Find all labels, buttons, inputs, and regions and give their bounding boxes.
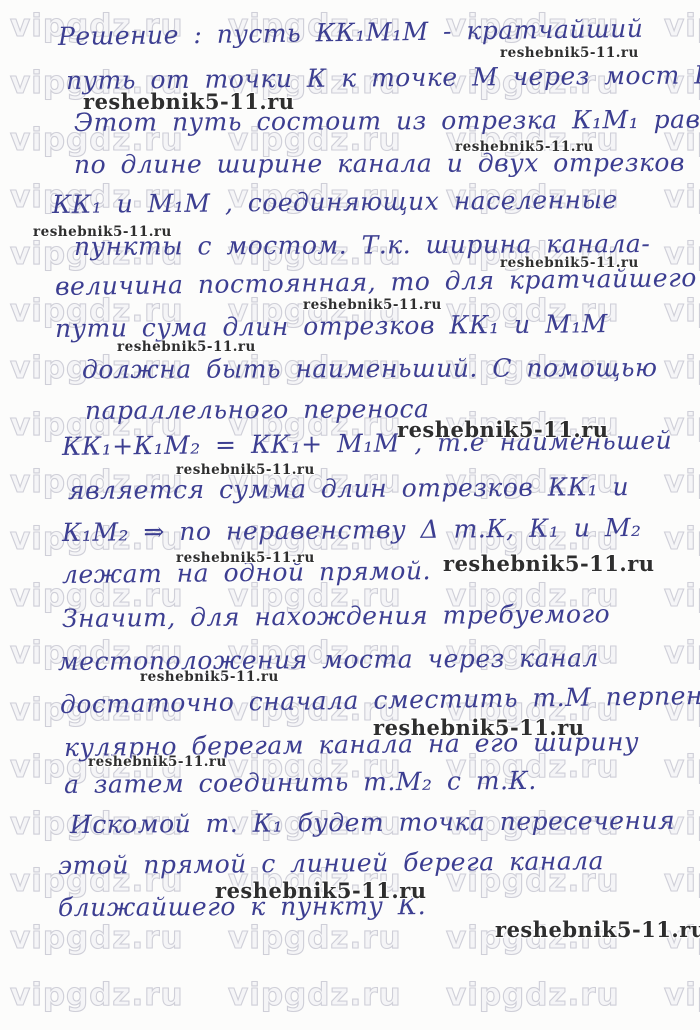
handwritten-line: Значит, для нахождения требуемого (62, 599, 610, 633)
handwritten-line: является сумма длин отрезков КК₁ и (68, 472, 629, 505)
handwritten-line: параллельного переноса (85, 394, 429, 425)
vipgdz-watermark: vipgdz.ru (664, 521, 700, 557)
vipgdz-watermark: vipgdz.ru (10, 920, 184, 956)
vipgdz-watermark: vipgdz.ru (10, 977, 184, 1013)
scanned-page: vipgdz.ruvipgdz.ruvipgdz.ruvipgdz.ruvipg… (0, 0, 700, 1030)
reshebnik-watermark: reshebnik5-11.ru (117, 339, 256, 355)
handwritten-line: К₁М₂ ⇒ по неравенству Δ т.К, К₁ и М₂ (62, 513, 642, 547)
reshebnik-watermark: reshebnik5-11.ru (495, 917, 700, 942)
vipgdz-watermark: vipgdz.ru (664, 8, 700, 44)
vipgdz-watermark: vipgdz.ru (446, 977, 620, 1013)
vipgdz-watermark: vipgdz.ru (664, 863, 700, 899)
vipgdz-watermark: vipgdz.ru (664, 464, 700, 500)
reshebnik-watermark: reshebnik5-11.ru (500, 45, 639, 61)
vipgdz-watermark: vipgdz.ru (664, 635, 700, 671)
handwritten-line: КК₁ и М₁М , соединяющих населенные (52, 185, 618, 219)
handwritten-line: а затем соединить т.М₂ с т.К. (64, 766, 537, 799)
reshebnik-watermark: reshebnik5-11.ru (303, 297, 442, 313)
reshebnik-watermark: reshebnik5-11.ru (397, 417, 609, 442)
vipgdz-watermark: vipgdz.ru (228, 920, 402, 956)
handwritten-line: пути сума длин отрезков КК₁ и М₁М (55, 309, 608, 343)
handwritten-line: этой прямой с линией берега канала (58, 846, 604, 880)
reshebnik-watermark: reshebnik5-11.ru (83, 89, 295, 114)
reshebnik-watermark: reshebnik5-11.ru (455, 139, 594, 155)
reshebnik-watermark: reshebnik5-11.ru (373, 715, 585, 740)
vipgdz-watermark: vipgdz.ru (664, 578, 700, 614)
handwritten-line: Искомой т. К₁ будет точка пересечения (70, 806, 675, 839)
reshebnik-watermark: reshebnik5-11.ru (215, 878, 427, 903)
handwritten-line: должна быть наименьший. С помощью (82, 353, 658, 384)
vipgdz-watermark: vipgdz.ru (664, 293, 700, 329)
vipgdz-watermark: vipgdz.ru (664, 350, 700, 386)
reshebnik-watermark: reshebnik5-11.ru (33, 224, 172, 240)
vipgdz-watermark: vipgdz.ru (664, 749, 700, 785)
reshebnik-watermark: reshebnik5-11.ru (88, 754, 227, 770)
reshebnik-watermark: reshebnik5-11.ru (500, 255, 639, 271)
reshebnik-watermark: reshebnik5-11.ru (176, 550, 315, 566)
reshebnik-watermark: reshebnik5-11.ru (443, 551, 655, 576)
reshebnik-watermark: reshebnik5-11.ru (140, 669, 279, 685)
vipgdz-watermark: vipgdz.ru (228, 977, 402, 1013)
vipgdz-watermark: vipgdz.ru (664, 179, 700, 215)
vipgdz-watermark: vipgdz.ru (664, 977, 700, 1013)
reshebnik-watermark: reshebnik5-11.ru (176, 462, 315, 478)
